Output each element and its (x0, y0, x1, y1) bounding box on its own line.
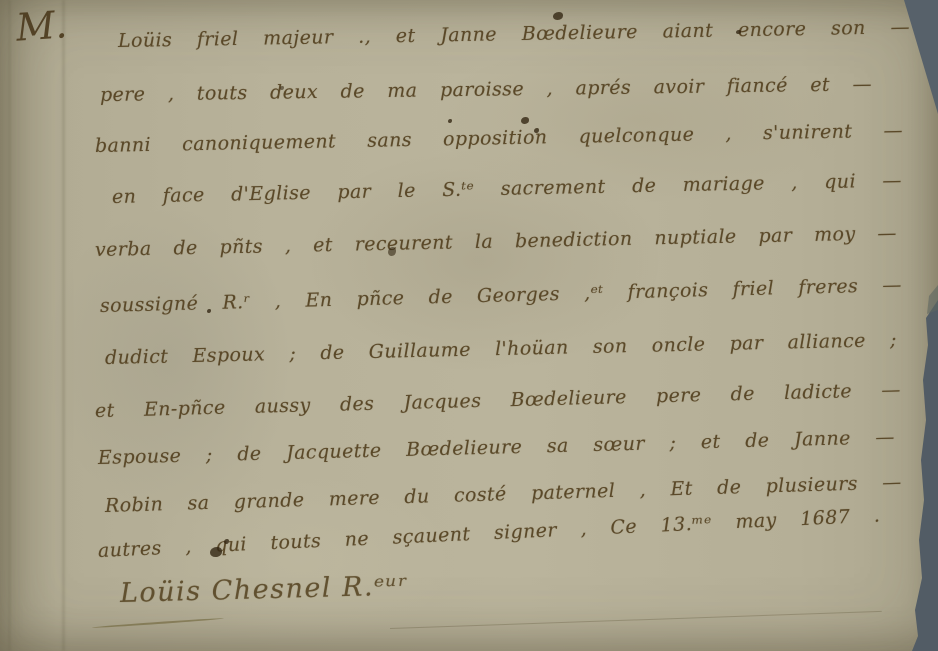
manuscript-page: M. Loüis friel majeur ., et Janne Bœdeli… (0, 0, 938, 651)
scan-edge-shadows (0, 0, 938, 651)
